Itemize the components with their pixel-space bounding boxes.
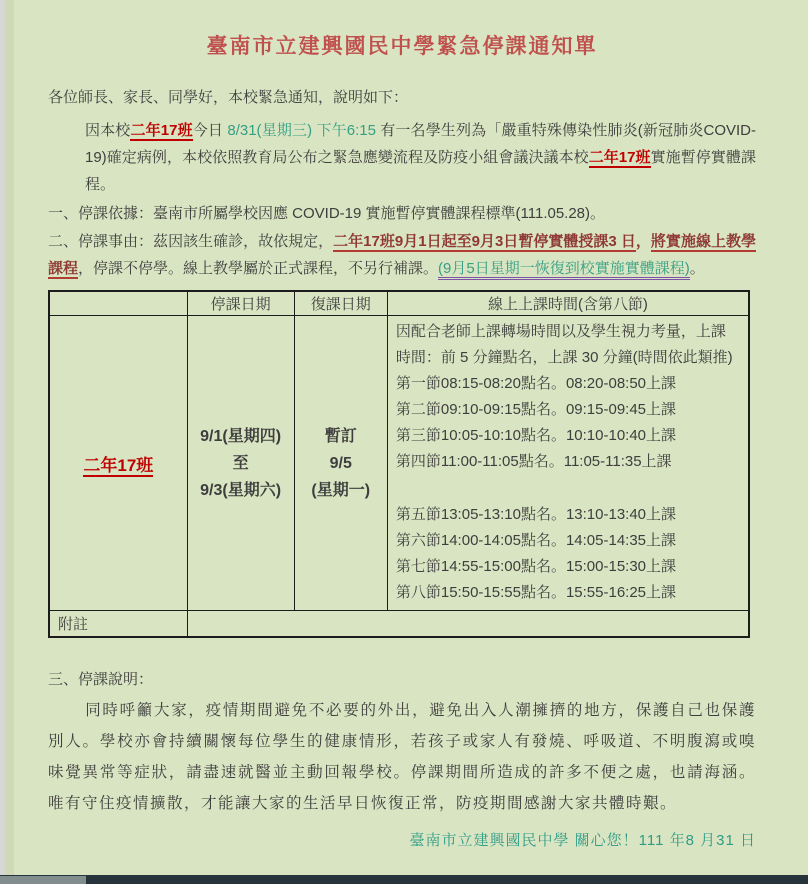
cell-online-schedule: 因配合老師上課轉場時間以及學生視力考量，上課時間：前 5 分鐘點名，上課 30 … [387,316,749,611]
highlight-comma: ， [636,233,651,250]
event-datetime: 8/31(星期三) 下午6:15 [227,122,380,139]
cell-suspend-dates: 9/1(星期四) 至 9/3(星期六) [187,316,294,611]
suspension-period-highlight: 二年17班9月1日起至9月3日暫停實體授課3 日 [333,233,636,252]
class-name-highlight: 二年17班 [130,122,192,141]
resume-date-line: 9/5 [295,450,387,477]
schedule-period: 第一節08:15-08:20點名。08:20-08:50上課 [396,371,740,397]
window-bottom-edge [0,875,808,884]
lunch-break-gap [396,475,740,502]
schedule-period: 第二節09:10-09:15點名。09:15-09:45上課 [396,397,740,423]
window-bottom-edge-segment [0,876,86,884]
suspend-date-line: 至 [188,450,294,477]
section3-heading: 三、停課說明： [48,668,756,689]
table-note-row: 附註 [49,611,749,637]
intro-mid: 今日 [193,122,228,139]
table-header-class [49,291,187,316]
resume-date-line: (星期一) [295,477,387,504]
table-header-resume-date: 復課日期 [294,291,387,316]
signature-line: 臺南市立建興國民中學 關心您！111 年8 月31 日 [48,829,756,850]
notice-document: 臺南市立建興國民中學緊急停課通知單 各位師長、家長、同學好，本校緊急通知，說明如… [0,0,808,850]
schedule-period: 第八節15:50-15:55點名。15:55-16:25上課 [396,580,740,606]
notice-title: 臺南市立建興國民中學緊急停課通知單 [48,30,756,60]
cell-note-label: 附註 [49,611,187,637]
table-header-row: 停課日期 復課日期 線上上課時間(含第八節) [49,291,749,316]
schedule-period: 第六節14:00-14:05點名。14:05-14:35上課 [396,528,740,554]
intro-paragraph: 因本校二年17班今日 8/31(星期三) 下午6:15 有一名學生列為「嚴重特殊… [85,117,756,198]
schedule-period: 第三節10:05-10:10點名。10:10-10:40上課 [396,423,740,449]
suspend-date-line: 9/1(星期四) [188,423,294,450]
resume-note-highlight: (9月5日星期一恢復到校實施實體課程) [438,260,690,280]
schedule-period: 第四節11:00-11:05點名。11:05-11:35上課 [396,449,740,475]
schedule-table: 停課日期 復課日期 線上上課時間(含第八節) 二年17班 9/1(星期四) 至 … [48,290,750,638]
table-body-row: 二年17班 9/1(星期四) 至 9/3(星期六) 暫訂 9/5 (星期一) 因… [49,316,749,611]
intro-pre: 因本校 [85,122,130,139]
table-header-suspend-date: 停課日期 [187,291,294,316]
cell-class-name: 二年17班 [49,316,187,611]
schedule-period: 第七節14:55-15:00點名。15:00-15:30上課 [396,554,740,580]
schedule-period: 第五節13:05-13:10點名。13:10-13:40上課 [396,502,740,528]
item-suspension-basis: 一、停課依據：臺南市所屬學校因應 COVID-19 實施暫停實體課程標準(111… [48,200,756,227]
table-header-online-time: 線上上課時間(含第八節) [387,291,749,316]
class-name-highlight: 二年17班 [589,149,651,168]
suspend-date-line: 9/3(星期六) [188,477,294,504]
reason-end: 。 [690,260,705,277]
reason-lead: 二、停課事由：茲因該生確診，故依規定， [48,233,333,250]
schedule-intro: 因配合老師上課轉場時間以及學生視力考量，上課時間：前 5 分鐘點名，上課 30 … [396,319,740,371]
cell-note-content [187,611,749,637]
reason-mid: ，停課不停學。線上教學屬於正式課程，不另行補課。 [78,260,438,277]
closing-paragraph: 同時呼籲大家，疫情期間避免不必要的外出，避免出入人潮擁擠的地方，保護自己也保護別… [48,695,756,819]
item-suspension-reason: 二、停課事由：茲因該生確診，故依規定，二年17班9月1日起至9月3日暫停實體授課… [48,228,756,282]
resume-date-line: 暫訂 [295,423,387,450]
greeting-text: 各位師長、家長、同學好，本校緊急通知，說明如下： [48,86,756,107]
cell-resume-dates: 暫訂 9/5 (星期一) [294,316,387,611]
